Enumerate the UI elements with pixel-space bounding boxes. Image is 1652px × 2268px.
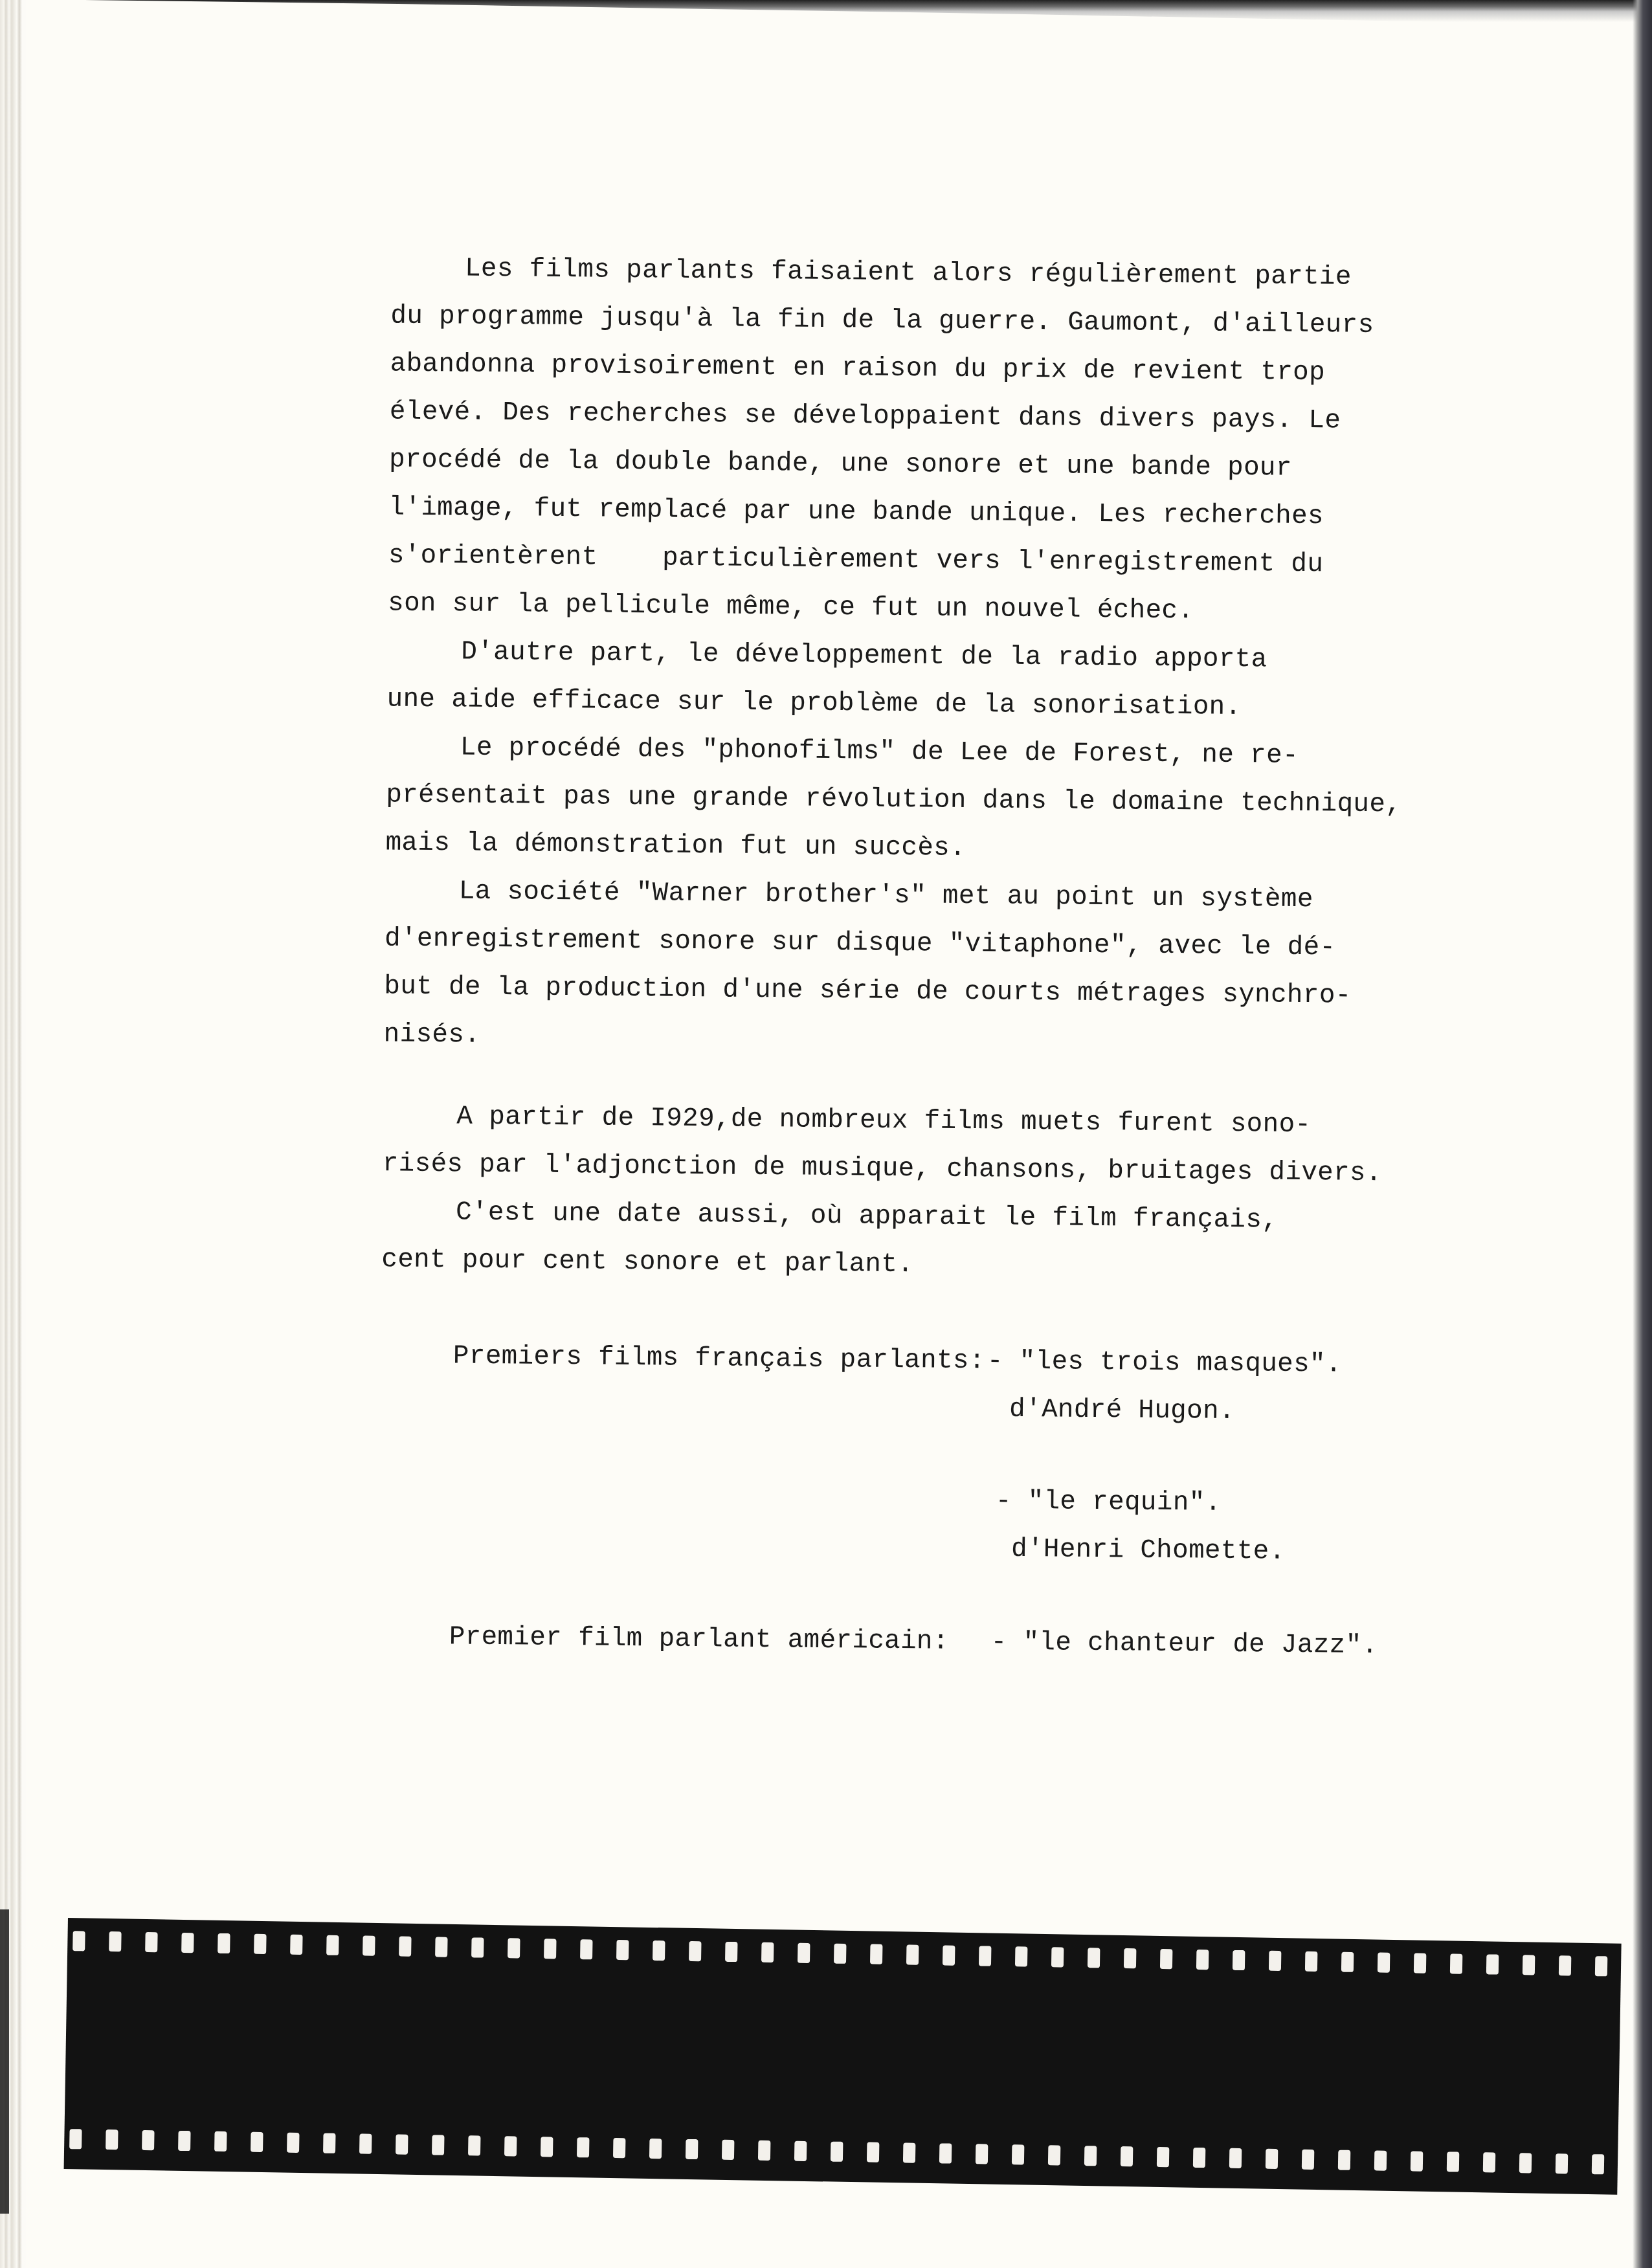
french-film-director-2: d'Henri Chomette. [1011, 1526, 1286, 1576]
sprocket-hole [613, 2138, 626, 2158]
paragraph-5-line-1: A partir de I929,de nombreux films muets… [456, 1093, 1312, 1149]
sprocket-hole [1088, 1948, 1100, 1968]
sprocket-hole [831, 2142, 843, 2162]
sprocket-hole [1012, 2144, 1025, 2164]
sprocket-hole [1592, 2154, 1605, 2174]
sprocket-hole [218, 1933, 230, 1953]
american-film-label: Premier film parlant américain: [449, 1613, 949, 1665]
sprocket-hole [1483, 2152, 1496, 2172]
sprocket-hole [1378, 1953, 1390, 1973]
sprocket-hole [1556, 2153, 1568, 2173]
paragraph-6-line-1: C'est une date aussi, où apparait le fil… [456, 1188, 1278, 1244]
sprocket-hole [1229, 2148, 1242, 2168]
paragraph-1-line-7: s'orientèrent particulièrement vers l'en… [388, 531, 1323, 588]
sprocket-hole [577, 2137, 590, 2157]
sprocket-hole [142, 2130, 155, 2150]
french-films-label: Premiers films français parlants: [453, 1332, 986, 1385]
paragraph-4-line-4: nisés. [383, 1010, 480, 1059]
sprocket-hole [1595, 1956, 1608, 1976]
sprocket-hole [834, 1944, 847, 1964]
sprocket-hole [1124, 1948, 1137, 1968]
french-film-title-2: - "le requin". [995, 1477, 1221, 1527]
sprocket-hole [979, 1946, 992, 1966]
sprocket-hole [870, 1944, 883, 1964]
sprocket-hole [725, 1942, 738, 1962]
sprocket-hole [323, 2133, 336, 2153]
sprocket-hole [1266, 2149, 1278, 2169]
sprocket-hole [1450, 1953, 1463, 1973]
sprocket-hole [178, 2131, 191, 2151]
paragraph-1-line-1: Les films parlants faisaient alors régul… [465, 245, 1352, 302]
sprocket-hole [363, 1936, 375, 1956]
sprocket-hole [794, 2141, 807, 2161]
sprocket-hole [359, 2134, 372, 2154]
sprocket-hole [435, 1937, 448, 1957]
sprocket-hole [1486, 1954, 1499, 1974]
sprocket-hole [653, 1940, 665, 1961]
sprocket-hole [326, 1935, 339, 1955]
sprocket-hole [109, 1931, 122, 1951]
sprocket-hole [396, 2134, 408, 2154]
sprocket-hole [1374, 2151, 1387, 2171]
paragraph-1-line-8: son sur la pellicule même, ce fut un nou… [388, 579, 1194, 635]
sprocket-hole [468, 2135, 481, 2155]
sprocket-hole [1193, 2148, 1206, 2168]
sprocket-hole [214, 2131, 227, 2151]
sprocket-hole [761, 1942, 774, 1962]
film-frame-area [65, 1963, 1621, 2150]
sprocket-hole [906, 1944, 919, 1964]
paragraph-1-line-4: élevé. Des recherches se développaient d… [390, 388, 1341, 445]
sprocket-hole [1233, 1950, 1245, 1970]
sprocket-hole [106, 2129, 118, 2150]
sprocket-hole [504, 2136, 517, 2156]
paragraph-1-line-3: abandonna provisoirement en raison du pr… [390, 340, 1325, 397]
sprocket-hole [1341, 1952, 1354, 1972]
sprocket-hole [580, 1939, 593, 1959]
sprocket-hole [1196, 1950, 1209, 1970]
sprocket-hole [1015, 1946, 1028, 1966]
sprocket-hole [69, 2129, 82, 2149]
sprocket-hole [903, 2142, 916, 2162]
sprocket-hole [867, 2142, 880, 2162]
sprocket-hole [544, 1939, 557, 1959]
sprocket-hole [290, 1935, 303, 1955]
sprocket-hole [616, 1940, 629, 1960]
sprocket-hole [689, 1941, 702, 1961]
sprocket-hole [1302, 2150, 1315, 2170]
scan-right-edge [1633, 0, 1652, 2268]
sprocket-hole [1414, 1953, 1427, 1973]
binding-shadow [0, 1909, 9, 2214]
sprocket-hole [1051, 1947, 1064, 1967]
sprocket-hole [508, 1938, 520, 1958]
paragraph-4-line-1: La société "Warner brother's" met au poi… [458, 867, 1313, 924]
paragraph-6-line-2: cent pour cent sonore et parlant. [381, 1236, 914, 1289]
sprocket-hole [1160, 1949, 1173, 1969]
sprocket-hole [798, 1943, 810, 1963]
sprocket-hole [649, 2139, 662, 2159]
film-strip-border [64, 1918, 1622, 2195]
sprocket-hole [1305, 1951, 1318, 1972]
sprocket-hole [399, 1936, 412, 1956]
sprocket-hole [251, 2132, 263, 2152]
sprocket-hole [1048, 2145, 1061, 2165]
paragraph-1-line-6: l'image, fut remplacé par une bande uniq… [388, 484, 1324, 540]
sprocket-hole [287, 2133, 300, 2153]
paragraph-2-line-1: D'autre part, le développement de la rad… [461, 628, 1267, 684]
sprocket-hole [943, 1945, 955, 1965]
american-film-title: - "le chanteur de Jazz". [990, 1618, 1378, 1670]
paragraph-2-line-2: une aide efficace sur le problème de la … [386, 675, 1242, 731]
sprocket-hole [1411, 2151, 1423, 2171]
paragraph-3-line-1: Le procédé des "phonofilms" de Lee de Fo… [460, 724, 1299, 779]
sprocket-hole [1523, 1955, 1535, 1975]
sprocket-hole [939, 2143, 952, 2163]
paragraph-3-line-3: mais la démonstration fut un succès. [385, 819, 966, 873]
paragraph-4-line-2: d'enregistrement sonore sur disque "vita… [385, 915, 1336, 972]
sprocket-hole [1269, 1951, 1282, 1971]
sprocket-hole [722, 2140, 735, 2160]
sprocket-hole [1519, 2153, 1532, 2173]
sprocket-hole [73, 1931, 85, 1951]
sprocket-hole [1338, 2150, 1351, 2170]
sprocket-hole [1157, 2147, 1170, 2167]
sprocket-hole [432, 2135, 445, 2155]
sprocket-hole [1447, 2151, 1460, 2172]
french-film-director-1: d'André Hugon. [1009, 1386, 1235, 1436]
sprocket-hole [686, 2139, 698, 2159]
sprocket-hole [254, 1934, 267, 1954]
paragraph-1-line-5: procédé de la double bande, une sonore e… [389, 436, 1292, 492]
sprocket-hole [758, 2140, 771, 2161]
sprocket-hole [1121, 2146, 1133, 2166]
sprocket-hole [471, 1937, 484, 1957]
typewritten-text: Les films parlants faisaient alors régul… [26, 0, 1633, 16]
sprocket-hole [976, 2144, 988, 2164]
paragraph-4-line-3: but de la production d'une série de cour… [384, 962, 1352, 1019]
sprocket-hole [1559, 1955, 1572, 1975]
french-film-title-1: - "les trois masques". [987, 1337, 1343, 1388]
sprocket-hole [145, 1932, 158, 1952]
sprocket-hole [541, 2137, 553, 2157]
sprocket-hole [1084, 2146, 1097, 2166]
sprocket-hole [181, 1933, 194, 1953]
